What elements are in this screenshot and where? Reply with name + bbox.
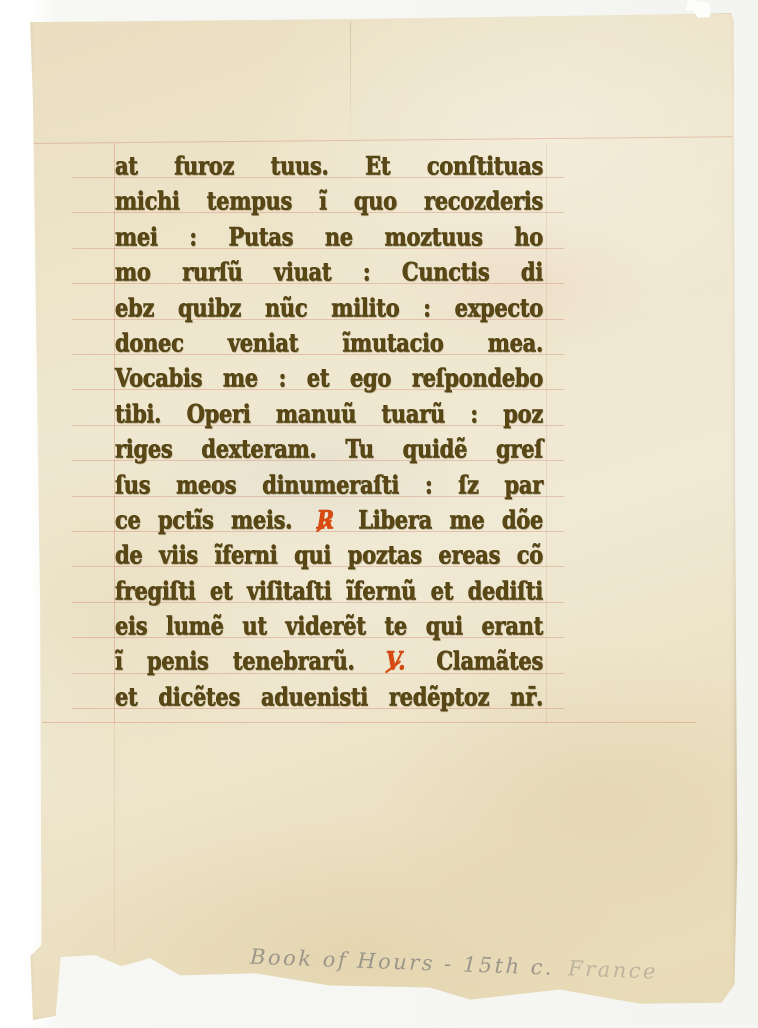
text-segment: ce pctĩs meis. (115, 504, 292, 534)
leaf-top-edge (29, 10, 732, 22)
text-segment: Libera me dõe (358, 504, 543, 534)
annotation-origin: France (568, 956, 659, 983)
photograph-background: at furoz tuus. Et conſtituas michi tempu… (0, 0, 758, 1028)
text-segment: ĩ penis tenebrarũ. (115, 646, 355, 676)
annotation-title: Book of Hours - 15th c. (250, 945, 555, 980)
parchment-surface: at furoz tuus. Et conſtituas michi tempu… (28, 10, 738, 1024)
manuscript-leaf: at furoz tuus. Et conſtituas michi tempu… (28, 10, 738, 1024)
parchment-crease (350, 22, 351, 152)
text-line-16: et dicẽtes aduenisti redẽptoz nr̄. (115, 675, 543, 717)
text-segment: Clamãtes (436, 646, 543, 676)
pencil-annotation: Book of Hours - 15th c.France (250, 945, 651, 984)
manuscript-text: at furoz tuus. Et conſtituas michi tempu… (115, 150, 543, 716)
